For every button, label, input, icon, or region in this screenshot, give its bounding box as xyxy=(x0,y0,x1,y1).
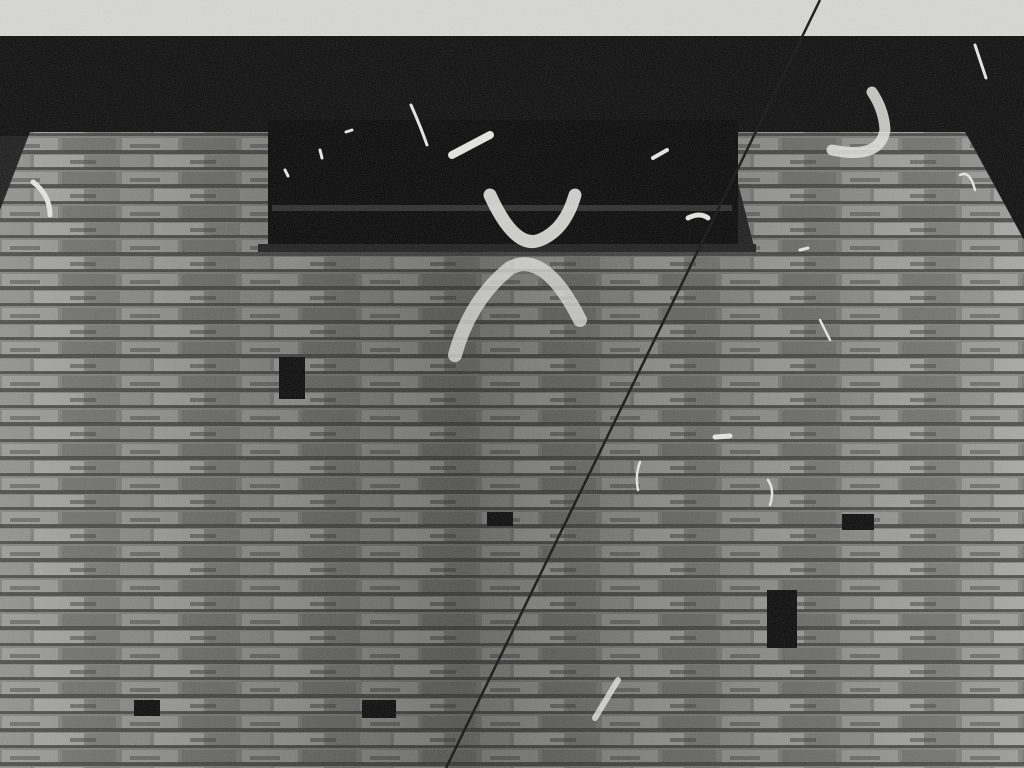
film-grain xyxy=(0,0,1024,768)
photograph-stone-tower-with-streamers: Black-and-white photograph looking up at… xyxy=(0,0,1024,768)
photo-canvas xyxy=(0,0,1024,768)
